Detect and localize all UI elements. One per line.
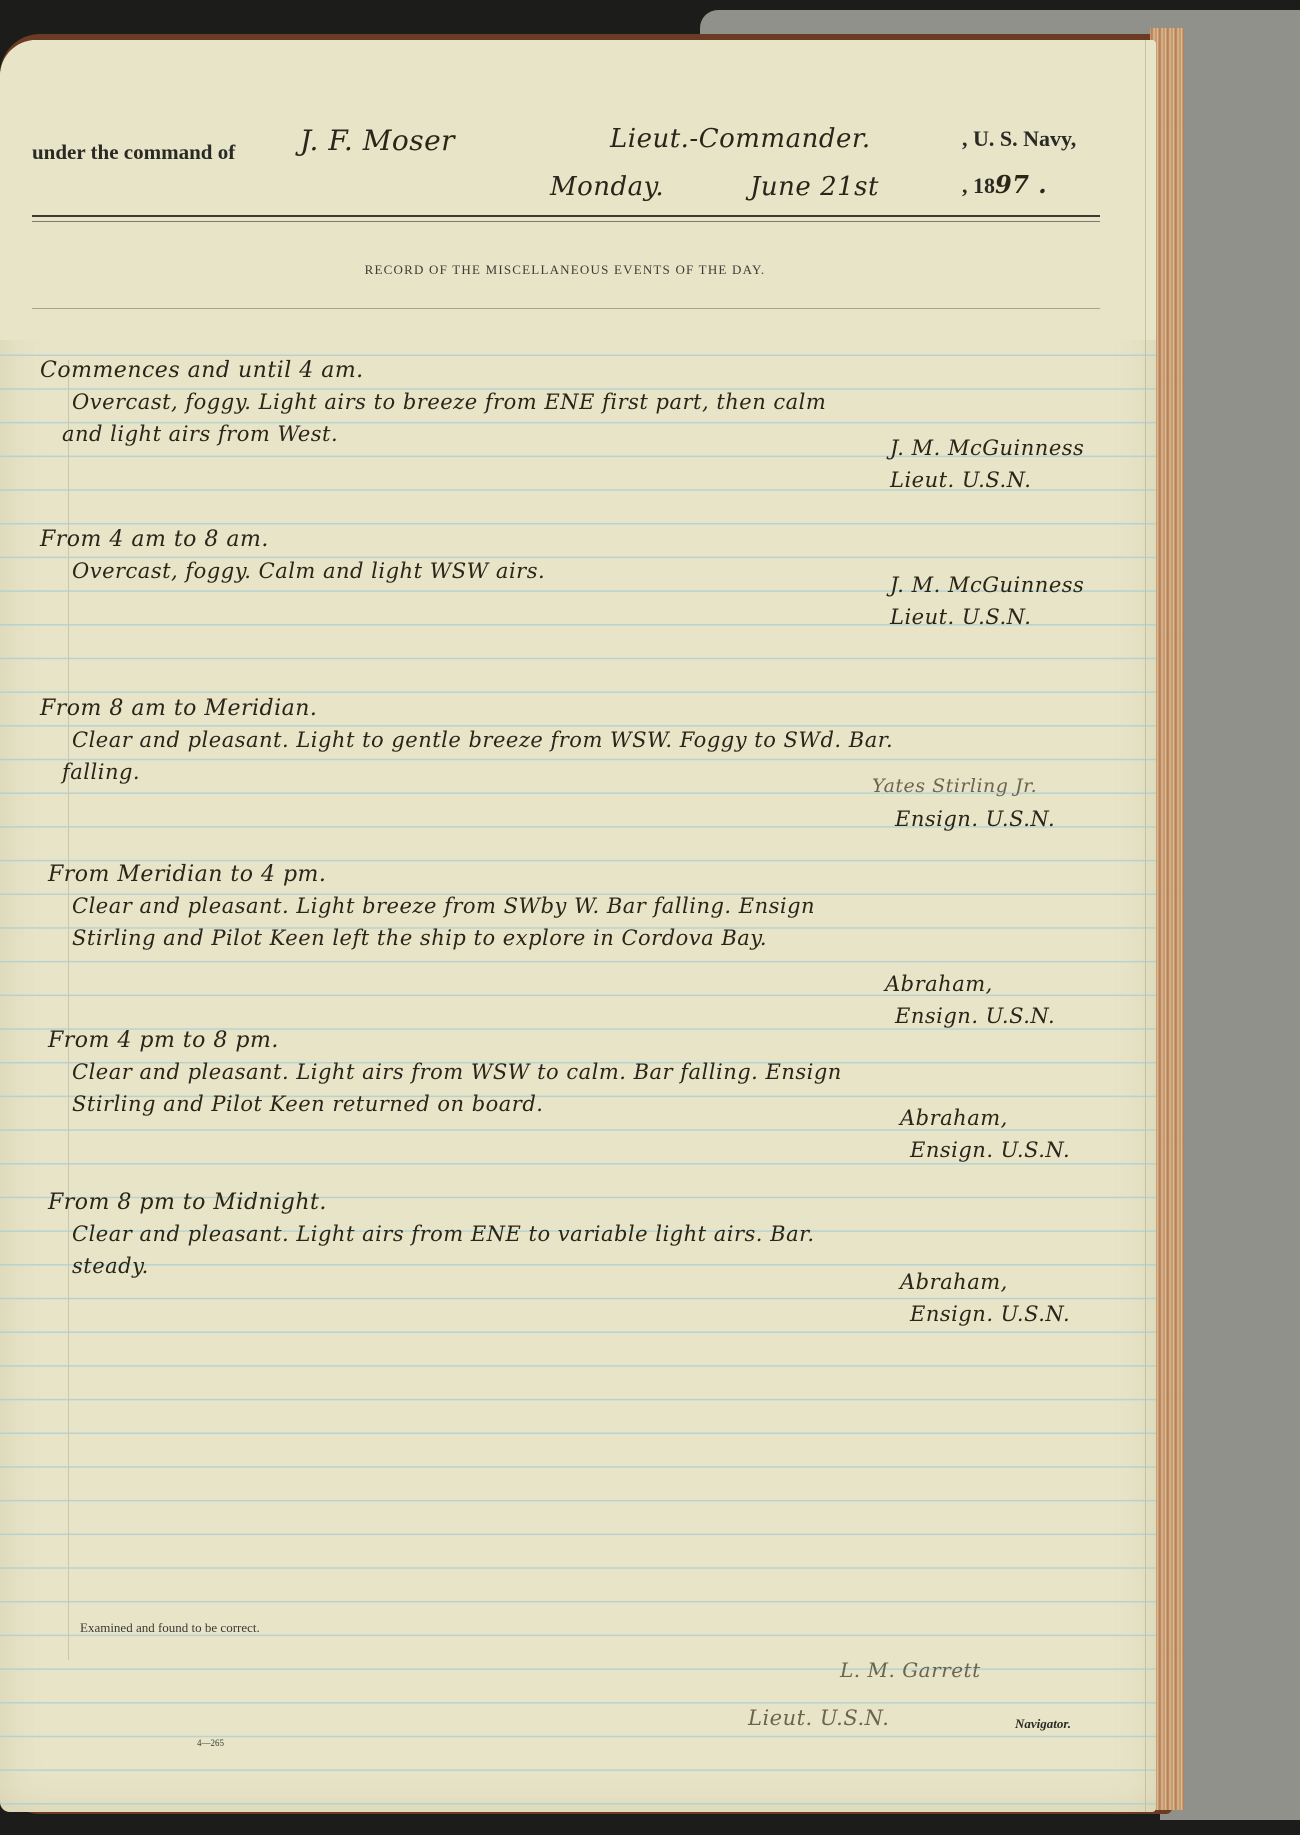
entry-line: Stirling and Pilot Keen returned on boar… — [72, 1092, 543, 1116]
watch-heading: From Meridian to 4 pm. — [48, 862, 326, 887]
entry-line: Overcast, foggy. Light airs to breeze fr… — [72, 390, 826, 414]
navigator-label: Navigator. — [1015, 1716, 1071, 1732]
header-rule — [32, 215, 1100, 217]
commander-name: J. F. Moser — [300, 124, 455, 157]
command-label: under the command of — [32, 140, 235, 165]
entry-line: Clear and pleasant. Light breeze from SW… — [72, 894, 815, 918]
entry-line: Overcast, foggy. Calm and light WSW airs… — [72, 559, 545, 583]
signature-name: J. M. McGuinness — [890, 436, 1084, 460]
watch-heading: Commences and until 4 am. — [40, 358, 364, 383]
entry-line: Clear and pleasant. Light to gentle bree… — [72, 728, 893, 752]
signature-name: Abraham, — [900, 1106, 1008, 1130]
section-rule — [32, 308, 1100, 309]
signature-rank: Ensign. U.S.N. — [910, 1138, 1070, 1162]
entry-line: steady. — [72, 1254, 149, 1278]
commander-rank: Lieut.-Commander. — [610, 124, 871, 154]
entry-line: and light airs from West. — [62, 422, 338, 446]
signature-name: Abraham, — [900, 1270, 1008, 1294]
year-suffix: 97 . — [995, 170, 1047, 199]
navigator-rank: Lieut. U.S.N. — [748, 1706, 889, 1730]
entry-line: Stirling and Pilot Keen left the ship to… — [72, 926, 767, 950]
margin-rule — [68, 360, 69, 1660]
signature-rank: Ensign. U.S.N. — [910, 1302, 1070, 1326]
signature-name: Abraham, — [885, 972, 993, 996]
year-field: , 1897 . — [962, 170, 1047, 199]
signature-rank: Lieut. U.S.N. — [890, 468, 1031, 492]
watch-heading: From 4 pm to 8 pm. — [48, 1028, 279, 1053]
signature-rank: Lieut. U.S.N. — [890, 605, 1031, 629]
form-number: 4—265 — [197, 1738, 224, 1748]
navigator-signature: L. M. Garrett — [840, 1658, 981, 1682]
examined-statement: Examined and found to be correct. — [80, 1620, 260, 1636]
log-date: June 21st — [750, 172, 879, 202]
signature-name: J. M. McGuinness — [890, 573, 1084, 597]
watch-heading: From 4 am to 8 am. — [40, 527, 269, 552]
signature-rank: Ensign. U.S.N. — [895, 1004, 1055, 1028]
service-suffix: , U. S. Navy, — [962, 126, 1076, 152]
right-margin-rule — [1145, 40, 1146, 1812]
signature-rank: Ensign. U.S.N. — [895, 807, 1055, 831]
section-title: RECORD OF THE MISCELLANEOUS EVENTS OF TH… — [0, 262, 1130, 278]
entry-line: Clear and pleasant. Light airs from WSW … — [72, 1060, 842, 1084]
signature-name: Yates Stirling Jr. — [872, 775, 1037, 797]
entry-line: falling. — [62, 760, 140, 784]
entry-line: Clear and pleasant. Light airs from ENE … — [72, 1222, 815, 1246]
watch-heading: From 8 pm to Midnight. — [48, 1190, 327, 1215]
logbook-page: under the command of J. F. Moser Lieut.-… — [0, 40, 1156, 1812]
day-of-week: Monday. — [550, 172, 664, 202]
year-prefix: , 18 — [962, 173, 995, 198]
watch-heading: From 8 am to Meridian. — [40, 696, 317, 721]
header-rule-secondary — [32, 221, 1100, 222]
